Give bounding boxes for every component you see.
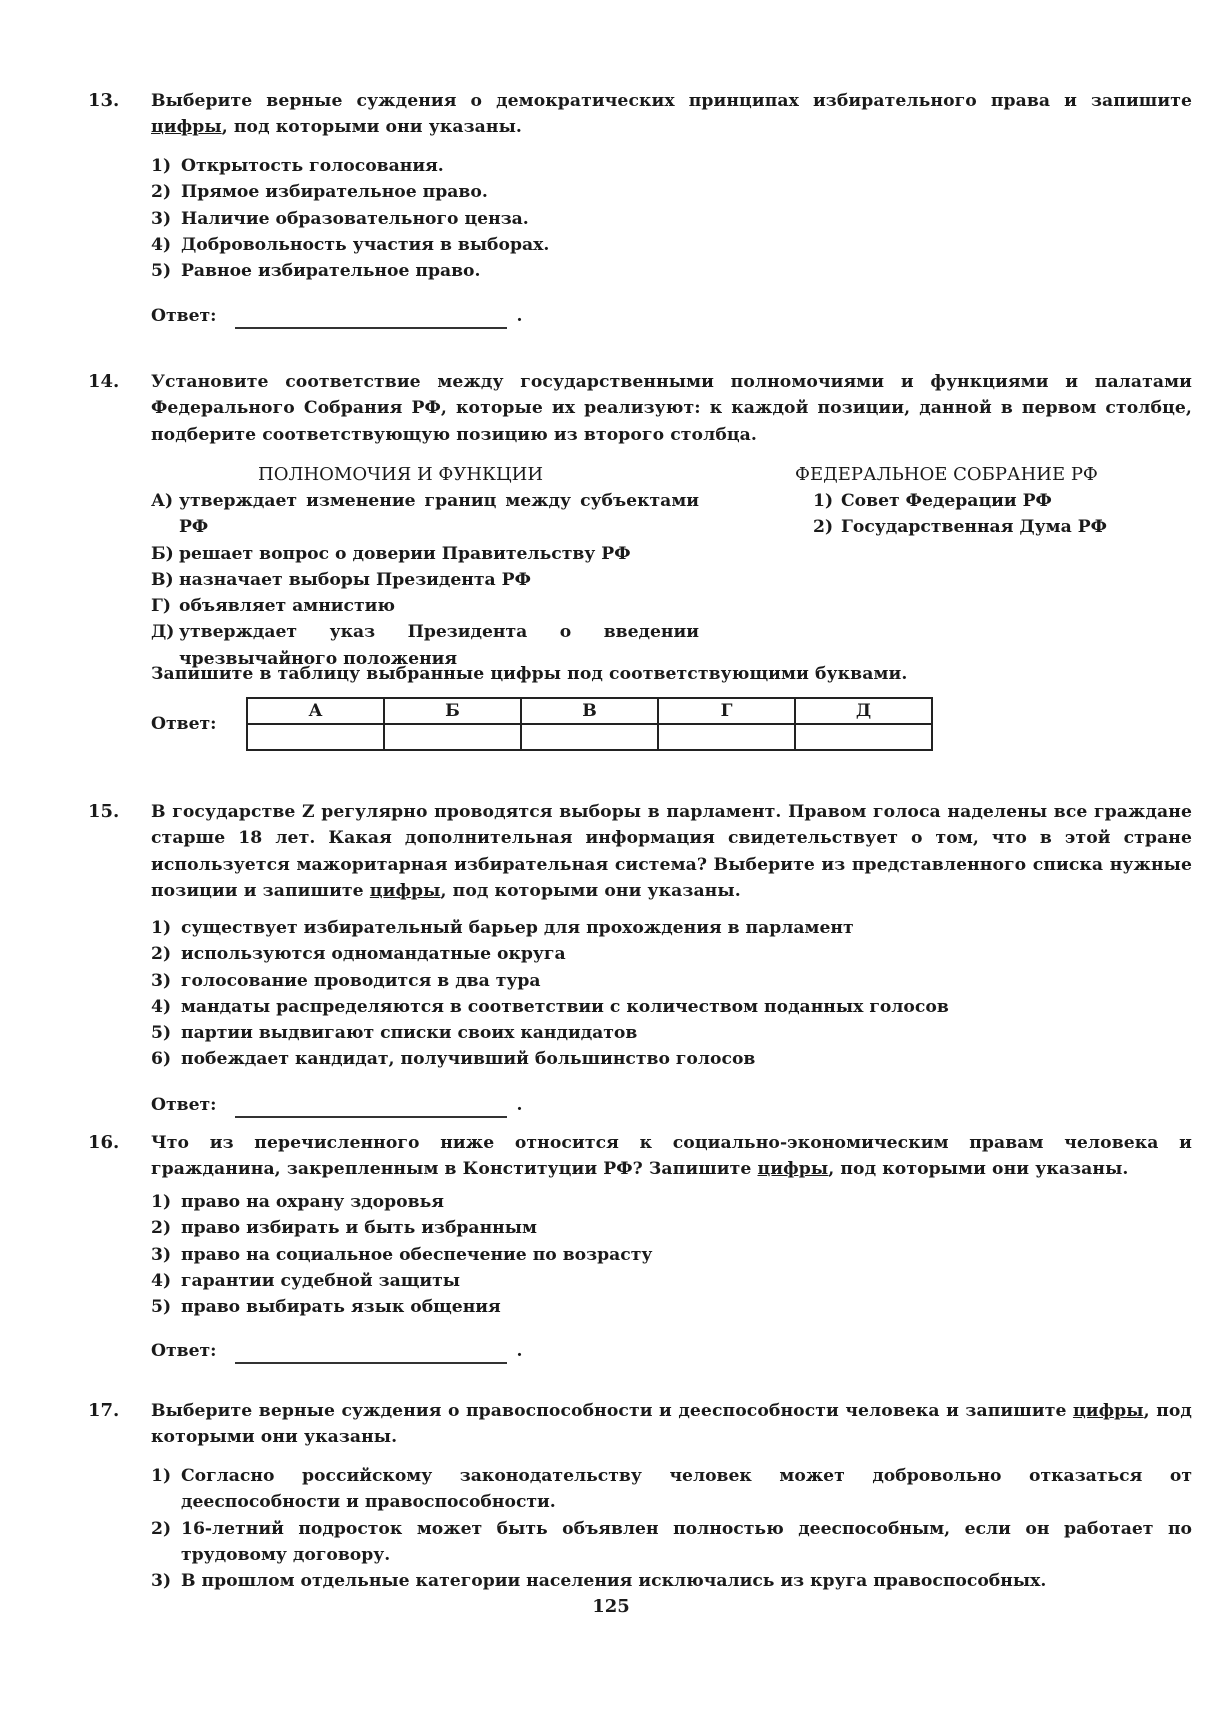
task-number: 16. — [88, 1130, 119, 1156]
task-stem: Выберите верные суждения о демократическ… — [151, 88, 1192, 141]
answer-label: Ответ: — [151, 711, 217, 737]
task-number: 13. — [88, 88, 119, 114]
answer-cell-a[interactable] — [247, 724, 384, 750]
list-item: А)утверждает изменение границ между субъ… — [151, 488, 699, 541]
answer-input[interactable] — [235, 307, 507, 329]
table-header-cell: Г — [658, 698, 795, 724]
answer-row: Ответ:. — [151, 1092, 522, 1118]
list-item: 3)В прошлом отдельные категории населени… — [151, 1568, 1192, 1594]
list-item: 5)право выбирать язык общения — [151, 1294, 1192, 1320]
list-item: 2)используются одномандатные округа — [151, 941, 1192, 967]
answer-row: Ответ:. — [151, 1338, 522, 1364]
table-header-cell: Д — [795, 698, 932, 724]
task-number: 17. — [88, 1398, 119, 1424]
list-item: 1)Совет Федерации РФ — [813, 488, 1173, 514]
answer-table: А Б В Г Д — [246, 697, 933, 751]
left-column-header: ПОЛНОМОЧИЯ И ФУНКЦИИ — [258, 462, 543, 488]
underlined-keyword: цифры — [1073, 1401, 1144, 1421]
list-item: 4)гарантии судебной защиты — [151, 1268, 1192, 1294]
list-item: 1)существует избирательный барьер для пр… — [151, 915, 1192, 941]
task-stem: Установите соответствие между государств… — [151, 369, 1192, 448]
options-list: 1)Согласно российскому законодательству … — [151, 1463, 1192, 1594]
list-item: 6)побеждает кандидат, получивший большин… — [151, 1046, 1192, 1072]
answer-cell-d[interactable] — [795, 724, 932, 750]
list-item: 2)Государственная Дума РФ — [813, 514, 1173, 540]
list-item: 1)Открытость голосования. — [151, 153, 1192, 179]
list-item: 3)право на социальное обеспечение по воз… — [151, 1242, 1192, 1268]
table-header-cell: Б — [384, 698, 521, 724]
list-item: 2)16-летний подросток может быть объявле… — [151, 1516, 1192, 1569]
list-item: Б)решает вопрос о доверии Правительству … — [151, 541, 699, 567]
options-list: 1)право на охрану здоровья 2)право избир… — [151, 1189, 1192, 1320]
answer-cell-v[interactable] — [521, 724, 658, 750]
answer-label: Ответ: — [151, 1341, 217, 1361]
task-number: 14. — [88, 369, 119, 395]
exam-page: 13. Выберите верные суждения о демократи… — [0, 0, 1222, 1712]
list-item: 5)Равное избирательное право. — [151, 258, 1192, 284]
underlined-keyword: цифры — [758, 1159, 829, 1179]
task-stem: Что из перечисленного ниже относится к с… — [151, 1130, 1192, 1183]
table-instruction: Запишите в таблицу выбранные цифры под с… — [151, 661, 1192, 687]
underlined-keyword: цифры — [370, 881, 441, 901]
answer-label: Ответ: — [151, 306, 217, 326]
answer-input[interactable] — [235, 1342, 507, 1364]
list-item: 5)партии выдвигают списки своих кандидат… — [151, 1020, 1192, 1046]
left-column-list: А)утверждает изменение границ между субъ… — [151, 488, 699, 672]
list-item: Г)объявляет амнистию — [151, 593, 699, 619]
answer-input[interactable] — [235, 1096, 507, 1118]
list-item: В)назначает выборы Президента РФ — [151, 567, 699, 593]
options-list: 1)существует избирательный барьер для пр… — [151, 915, 1192, 1073]
list-item: 2)право избирать и быть избранным — [151, 1215, 1192, 1241]
list-item: 4)мандаты распределяются в соответствии … — [151, 994, 1192, 1020]
right-column-header: ФЕДЕРАЛЬНОЕ СОБРАНИЕ РФ — [795, 462, 1098, 488]
list-item: 1)право на охрану здоровья — [151, 1189, 1192, 1215]
list-item: 3)голосование проводится в два тура — [151, 968, 1192, 994]
table-header-cell: В — [521, 698, 658, 724]
right-column-list: 1)Совет Федерации РФ 2)Государственная Д… — [813, 488, 1173, 541]
task-stem: В государстве Z регулярно проводятся выб… — [151, 799, 1192, 904]
task-stem: Выберите верные суждения о правоспособно… — [151, 1398, 1192, 1451]
answer-cell-g[interactable] — [658, 724, 795, 750]
table-header-cell: А — [247, 698, 384, 724]
list-item: 2)Прямое избирательное право. — [151, 179, 1192, 205]
answer-label: Ответ: — [151, 1095, 217, 1115]
page-number: 125 — [0, 1596, 1222, 1617]
options-list: 1)Открытость голосования. 2)Прямое избир… — [151, 153, 1192, 284]
list-item: 1)Согласно российскому законодательству … — [151, 1463, 1192, 1516]
answer-cell-b[interactable] — [384, 724, 521, 750]
answer-row: Ответ:. — [151, 303, 522, 329]
list-item: 3)Наличие образовательного ценза. — [151, 206, 1192, 232]
list-item: 4)Добровольность участия в выборах. — [151, 232, 1192, 258]
underlined-keyword: цифры — [151, 117, 222, 137]
task-number: 15. — [88, 799, 119, 825]
